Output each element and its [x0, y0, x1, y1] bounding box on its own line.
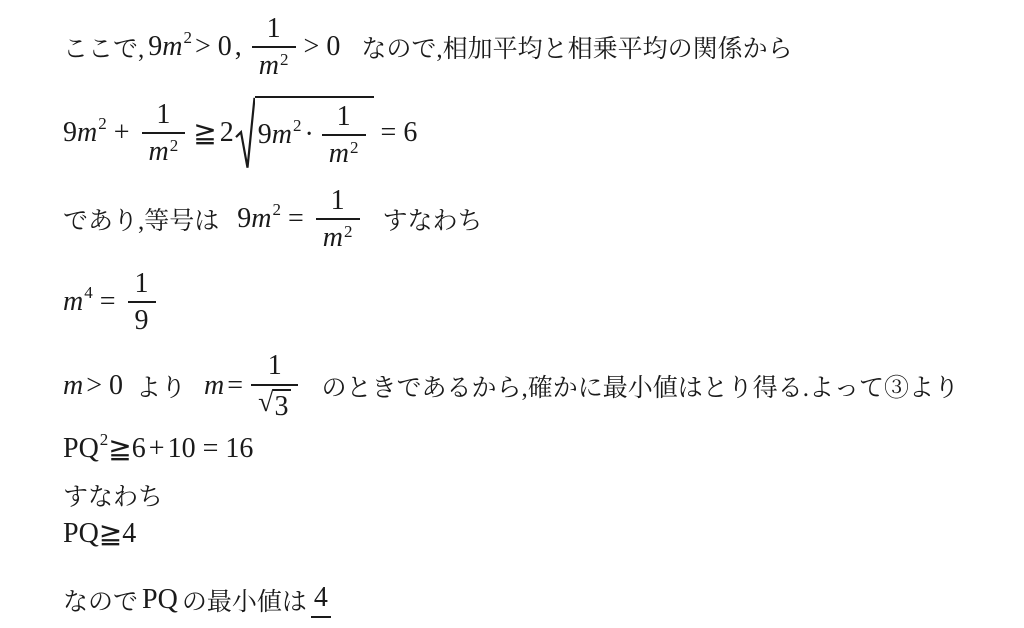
var-m: m — [77, 117, 97, 149]
exponent-2: 2 — [100, 430, 109, 450]
sqrt-radicand: 3 — [273, 389, 291, 421]
text-kokode: ここで, — [63, 29, 144, 65]
square-root: 9m2 · 1 m2 — [235, 96, 374, 171]
sqrt-radical-icon — [235, 96, 255, 171]
value-4: 4 — [122, 518, 136, 550]
fraction-1-over-m2: 1 m2 — [142, 100, 186, 167]
coef-9: 9 — [63, 117, 77, 149]
math-solution-document: ここで, 9m2 > 0 , 1 m2 > 0 なので,相加平均と相乗平均の関係… — [0, 0, 1024, 628]
coef-9: 9 — [148, 31, 162, 63]
text-yori: より — [136, 368, 186, 404]
fraction-numerator: 1 — [322, 102, 366, 136]
var-m: m — [149, 136, 169, 167]
var-m: m — [329, 138, 349, 169]
fraction-numerator: 1 — [128, 269, 156, 303]
geq-symbol: ≧ — [193, 116, 216, 150]
fraction-numerator: 1 — [316, 186, 360, 220]
value-6: 6 — [132, 433, 146, 465]
line-6: PQ2 ≧ 6 + 10 = 16 — [63, 428, 253, 470]
cdot-operator: · — [304, 119, 313, 151]
text-sunawachi: すなわち — [383, 201, 483, 237]
fraction-1-over-m2: 1 m2 — [322, 102, 366, 169]
line-1: ここで, 9m2 > 0 , 1 m2 > 0 なので,相加平均と相乗平均の関係… — [63, 12, 793, 82]
text-nanode: なので — [63, 582, 138, 618]
fraction-denominator: 9 — [128, 303, 156, 335]
equals-operator: = — [227, 370, 243, 402]
fraction-denominator: m2 — [142, 134, 186, 166]
exponent-2: 2 — [350, 138, 359, 157]
geq-symbol: ≧ — [108, 432, 131, 466]
value-6: 6 — [403, 117, 417, 149]
text-saishouchi-wa: の最小値は — [182, 582, 307, 618]
fraction-denominator: m2 — [316, 220, 360, 252]
fraction-numerator: 1 — [251, 351, 298, 385]
answer-value-4: 4 — [311, 582, 331, 618]
coef-9: 9 — [258, 119, 272, 151]
exponent-2: 2 — [293, 116, 302, 136]
comma: , — [235, 31, 242, 63]
var-m: m — [272, 119, 292, 151]
text-notoki-saishouchi: のときであるから,確かに最小値はとり得る.よって③より — [321, 368, 959, 404]
fraction-1-over-sqrt3: 1 √3 — [251, 351, 298, 421]
fraction-numerator: 1 — [142, 100, 186, 134]
var-m: m — [323, 222, 343, 253]
equals-operator: = — [203, 433, 219, 465]
var-m: m — [251, 203, 271, 235]
fraction-denominator: √3 — [251, 386, 298, 421]
line-7: すなわち — [63, 477, 163, 513]
line-3: であり,等号は 9m2 = 1 m2 すなわち — [63, 184, 483, 254]
geq-symbol: ≧ — [99, 517, 122, 551]
var-pq: PQ — [63, 433, 99, 465]
var-pq: PQ — [63, 518, 99, 550]
exponent-2: 2 — [273, 200, 282, 220]
line-5: m > 0 より m = 1 √3 のときであるから,確かに最小値はとり得る.よ… — [63, 350, 959, 422]
exponent-2: 2 — [280, 50, 289, 69]
relation-gt-zero: > 0 — [195, 31, 232, 63]
equals-operator: = — [100, 286, 116, 318]
relation-gt-zero: > 0 — [86, 370, 123, 402]
var-m: m — [259, 50, 279, 81]
text-sunawachi: すなわち — [63, 477, 163, 513]
var-m: m — [63, 286, 83, 318]
var-m: m — [204, 370, 224, 402]
sqrt-sign-icon: √ — [258, 388, 273, 417]
equals-operator: = — [288, 203, 304, 235]
line-8: PQ ≧ 4 — [63, 512, 136, 556]
radicand: 9m2 · 1 m2 — [255, 96, 374, 171]
line-2: 9m2 + 1 m2 ≧ 2 9m2 · 1 m2 = 6 — [63, 90, 417, 176]
fraction-numerator: 1 — [252, 14, 296, 48]
fraction-denominator: m2 — [322, 136, 366, 168]
exponent-4: 4 — [84, 283, 93, 303]
text-deari-tougou: であり,等号は — [63, 201, 219, 237]
plus-operator: + — [149, 433, 165, 465]
exponent-2: 2 — [184, 28, 193, 48]
fraction-1-over-m2: 1 m2 — [252, 14, 296, 81]
var-m: m — [63, 370, 83, 402]
text-nanode-soukahei: なので,相加平均と相乗平均の関係から — [361, 29, 792, 65]
value-10: 10 — [168, 433, 196, 465]
fraction-denominator: m2 — [252, 48, 296, 80]
equals-operator: = — [381, 117, 397, 149]
fraction-1-over-9: 1 9 — [128, 269, 156, 336]
value-16: 16 — [225, 433, 253, 465]
line-4: m4 = 1 9 — [63, 262, 161, 342]
exponent-2: 2 — [344, 222, 353, 241]
var-m: m — [162, 31, 182, 63]
exponent-2: 2 — [170, 136, 179, 155]
plus-operator: + — [114, 117, 130, 149]
relation-gt-zero: > 0 — [304, 31, 341, 63]
fraction-1-over-m2: 1 m2 — [316, 186, 360, 253]
exponent-2: 2 — [98, 114, 107, 134]
coef-9: 9 — [237, 203, 251, 235]
var-pq: PQ — [142, 584, 178, 616]
sqrt-3: √3 — [258, 389, 291, 421]
coef-2: 2 — [220, 117, 234, 149]
line-9: なので PQ の最小値は 4 — [63, 578, 331, 622]
